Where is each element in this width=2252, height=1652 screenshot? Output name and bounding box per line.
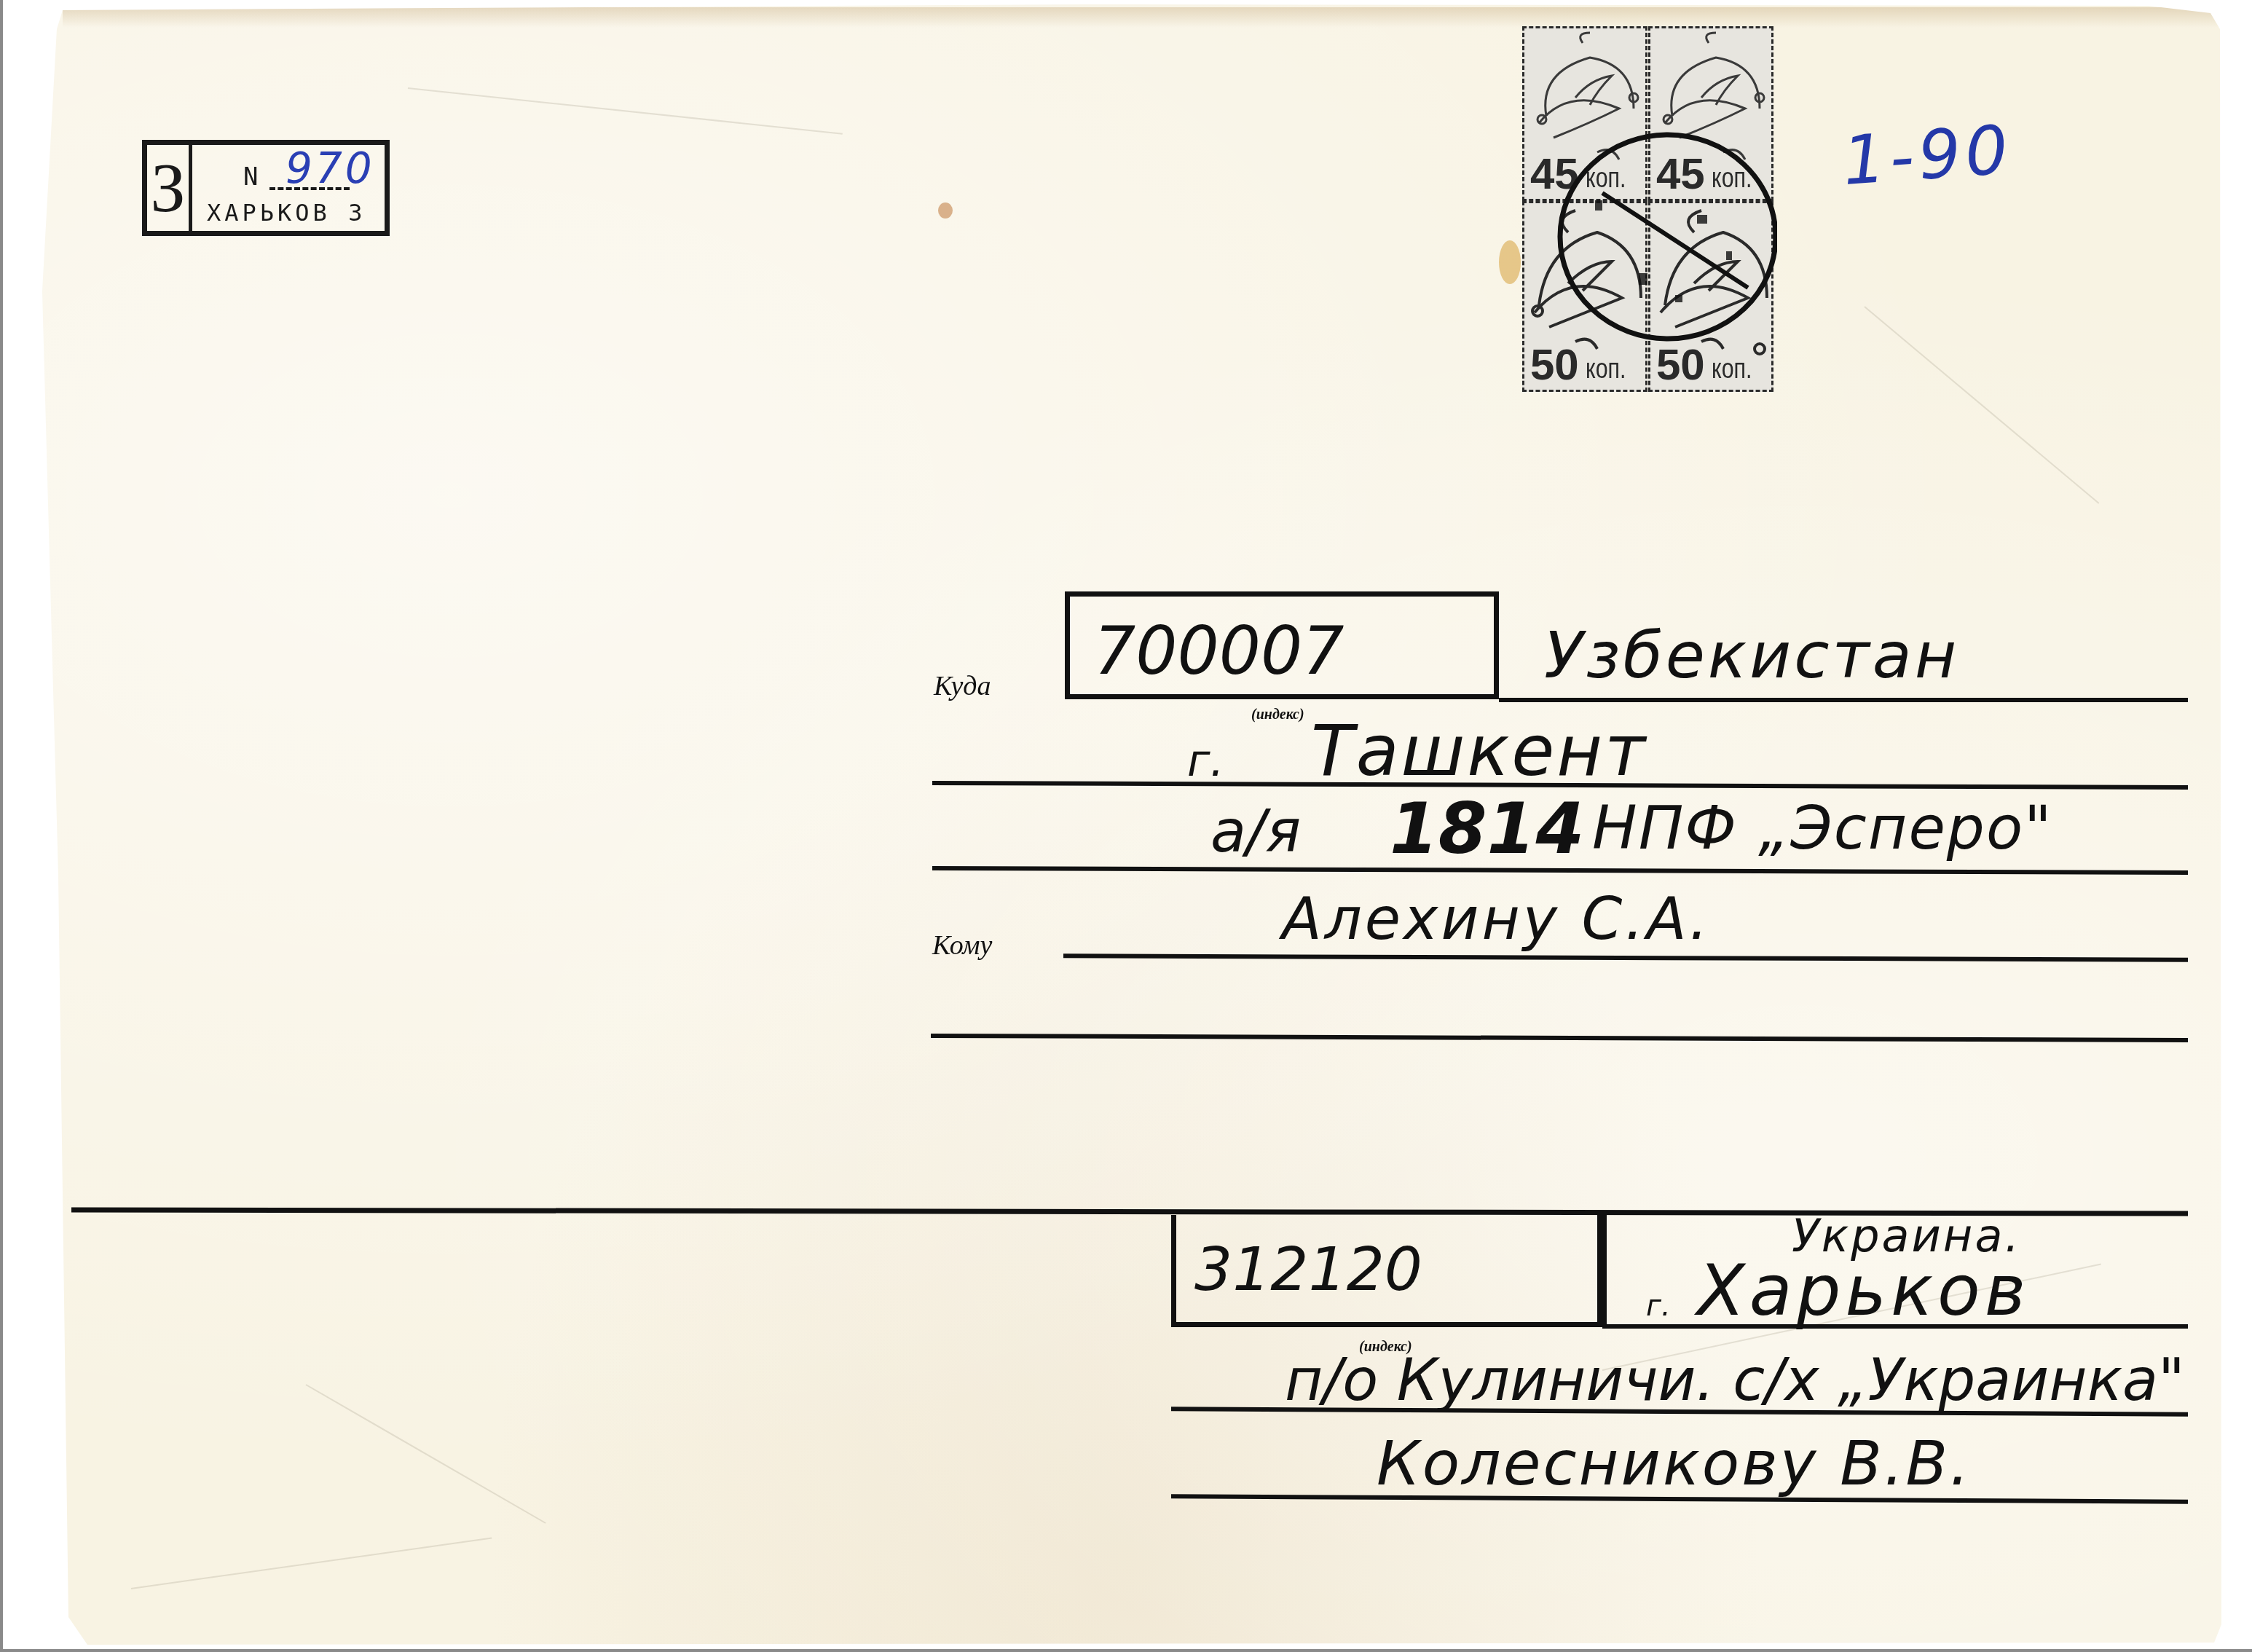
postage-stamps: 45 коп. 45 коп.	[1522, 26, 1773, 392]
registration-number: 970	[286, 143, 375, 193]
index-caption: (индекс)	[1251, 707, 1304, 723]
recipient-city-prefix: г.	[1187, 736, 1224, 787]
stamp-unit: коп.	[1586, 355, 1626, 384]
sender-name: Колесникову В.В.	[1377, 1428, 1972, 1499]
stamp-unit: коп.	[1586, 164, 1626, 193]
paper-stain	[938, 202, 953, 219]
recipient-address-prefix: а/я	[1210, 798, 1301, 865]
postage-stamp: 50 коп.	[1522, 201, 1647, 392]
stamp-value: 45	[1656, 152, 1705, 196]
stamp-value: 45	[1530, 152, 1579, 196]
postage-stamp: 50 коп.	[1648, 201, 1773, 392]
recipient-postal-index: 700007	[1094, 613, 1344, 690]
sender-postal-index: 312120	[1194, 1235, 1422, 1305]
worn-top-edge	[63, 7, 2218, 28]
postage-stamp: 45 коп.	[1522, 26, 1647, 201]
recipient-city: Ташкент	[1311, 710, 1647, 792]
recipient-name: Алехину С.А.	[1282, 885, 1711, 953]
handwritten-note: 1-90	[1840, 111, 2015, 200]
to-label: Куда	[934, 670, 991, 702]
stamp-unit: коп.	[1712, 164, 1752, 193]
address-line	[1602, 1324, 2188, 1329]
paper-crease	[408, 87, 843, 135]
stamp-value: 50	[1530, 343, 1579, 387]
recipient-organization: НПФ „Эсперо"	[1592, 794, 2053, 863]
paper-crease	[306, 1384, 546, 1524]
sender-city-prefix: г.	[1646, 1289, 1671, 1323]
address-line	[1499, 698, 2188, 702]
registration-number-prefix: N	[243, 162, 258, 192]
stamp-unit: коп.	[1712, 355, 1752, 384]
paper-stain	[1499, 240, 1521, 284]
stamp-value: 50	[1656, 343, 1705, 387]
registration-label: З N 970 ХАРЬКОВ 3	[142, 140, 390, 236]
sender-address: п/о Кулиничи. с/х „Украинка"	[1285, 1346, 2185, 1414]
whom-label: Кому	[932, 929, 992, 961]
registration-office: ХАРЬКОВ 3	[207, 199, 366, 227]
postage-stamp: 45 коп.	[1648, 26, 1773, 201]
paper-crease	[1864, 306, 2099, 504]
recipient-po-box: 1814	[1390, 788, 1584, 870]
recipient-country: Узбекистан	[1544, 618, 1959, 693]
paper-crease	[131, 1537, 492, 1589]
sender-city: Харьков	[1697, 1250, 2030, 1332]
registration-letter: З	[147, 145, 192, 231]
sender-box-divider	[1602, 1215, 1607, 1326]
